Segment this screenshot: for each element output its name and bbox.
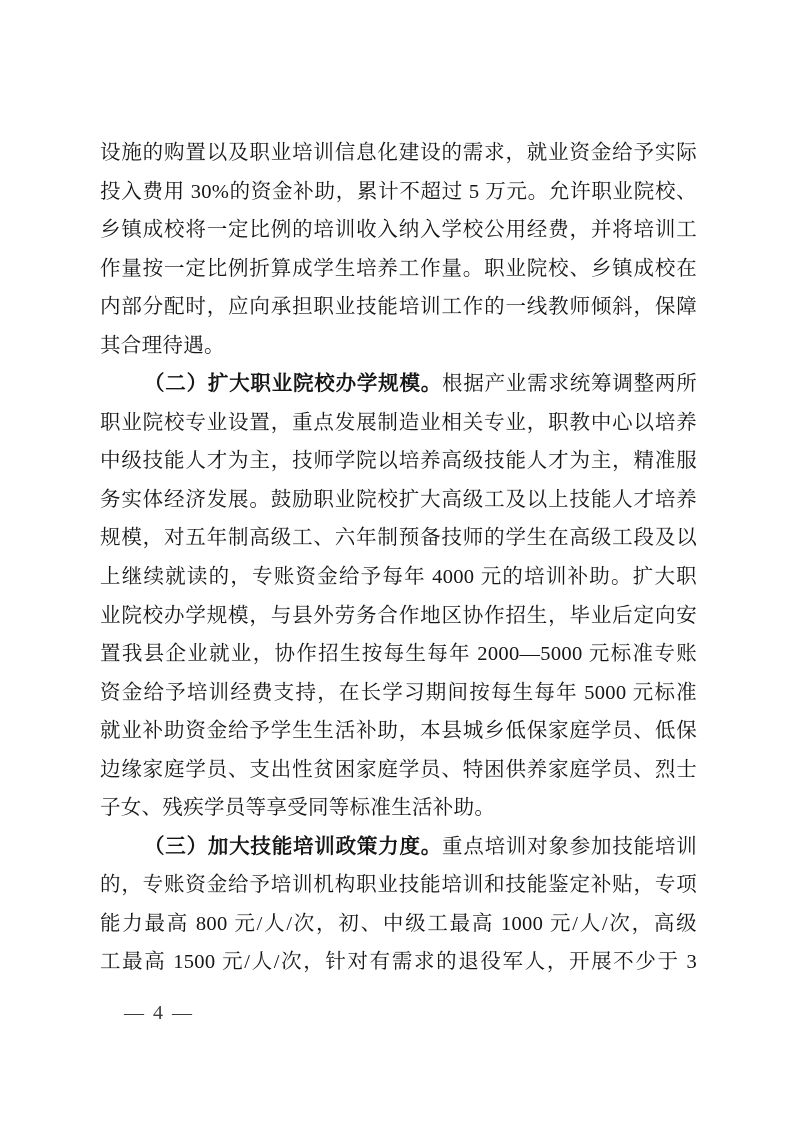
text-line: 作量按一定比例折算成学生培养工作量。职业院校、乡镇成校在	[100, 250, 697, 289]
section-2-heading: （二）扩大职业院校办学规模。	[144, 373, 442, 395]
text-line: 置我县企业就业，协作招生按每生每年 2000—5000 元标准专账	[100, 635, 697, 674]
text-line: 子女、残疾学员等享受同等标准生活补助。	[100, 789, 697, 828]
text-line: 工最高 1500 元/人/次，针对有需求的退役军人，开展不少于 3	[100, 943, 697, 982]
text-line: 中级技能人才为主，技师学院以培养高级技能人才为主，精准服	[100, 442, 697, 481]
text-line: 其合理待遇。	[100, 327, 697, 366]
section-2-heading-line: （二）扩大职业院校办学规模。根据产业需求统筹调整两所	[100, 365, 697, 404]
document-body: 设施的购置以及职业培训信息化建设的需求，就业资金给予实际 投入费用 30%的资金…	[100, 134, 697, 982]
section-3-heading: （三）加大技能培训政策力度。	[144, 836, 442, 858]
text-line: 投入费用 30%的资金补助，累计不超过 5 万元。允许职业院校、	[100, 173, 697, 212]
text-line: 乡镇成校将一定比例的培训收入纳入学校公用经费，并将培训工	[100, 211, 697, 250]
paragraph-section-2: （二）扩大职业院校办学规模。根据产业需求统筹调整两所 职业院校专业设置，重点发展…	[100, 365, 697, 828]
text-line: 务实体经济发展。鼓励职业院校扩大高级工及以上技能人才培养	[100, 481, 697, 520]
text-line: 内部分配时，应向承担职业技能培训工作的一线教师倾斜，保障	[100, 288, 697, 327]
page-number: — 4 —	[124, 1000, 194, 1026]
paragraph-continuation: 设施的购置以及职业培训信息化建设的需求，就业资金给予实际 投入费用 30%的资金…	[100, 134, 697, 365]
text-line: 边缘家庭学员、支出性贫困家庭学员、特困供养家庭学员、烈士	[100, 751, 697, 790]
text-line: 职业院校专业设置，重点发展制造业相关专业，职教中心以培养	[100, 404, 697, 443]
text-line: 资金给予培训经费支持，在长学习期间按每生每年 5000 元标准	[100, 674, 697, 713]
text-line: 上继续就读的，专账资金给予每年 4000 元的培训补助。扩大职	[100, 558, 697, 597]
text-line: 业院校办学规模，与县外劳务合作地区协作招生，毕业后定向安	[100, 597, 697, 636]
text-line: 能力最高 800 元/人/次，初、中级工最高 1000 元/人/次，高级	[100, 905, 697, 944]
text-line: 就业补助资金给予学生生活补助，本县城乡低保家庭学员、低保	[100, 712, 697, 751]
paragraph-section-3: （三）加大技能培训政策力度。重点培训对象参加技能培训 的，专账资金给予培训机构职…	[100, 828, 697, 982]
document-page: 设施的购置以及职业培训信息化建设的需求，就业资金给予实际 投入费用 30%的资金…	[0, 0, 794, 1123]
text-line: 设施的购置以及职业培训信息化建设的需求，就业资金给予实际	[100, 134, 697, 173]
text-line: 的，专账资金给予培训机构职业技能培训和技能鉴定补贴，专项	[100, 866, 697, 905]
section-2-heading-rest: 根据产业需求统筹调整两所	[442, 373, 697, 395]
section-3-heading-line: （三）加大技能培训政策力度。重点培训对象参加技能培训	[100, 828, 697, 867]
text-line: 规模，对五年制高级工、六年制预备技师的学生在高级工段及以	[100, 519, 697, 558]
section-3-heading-rest: 重点培训对象参加技能培训	[442, 836, 697, 858]
